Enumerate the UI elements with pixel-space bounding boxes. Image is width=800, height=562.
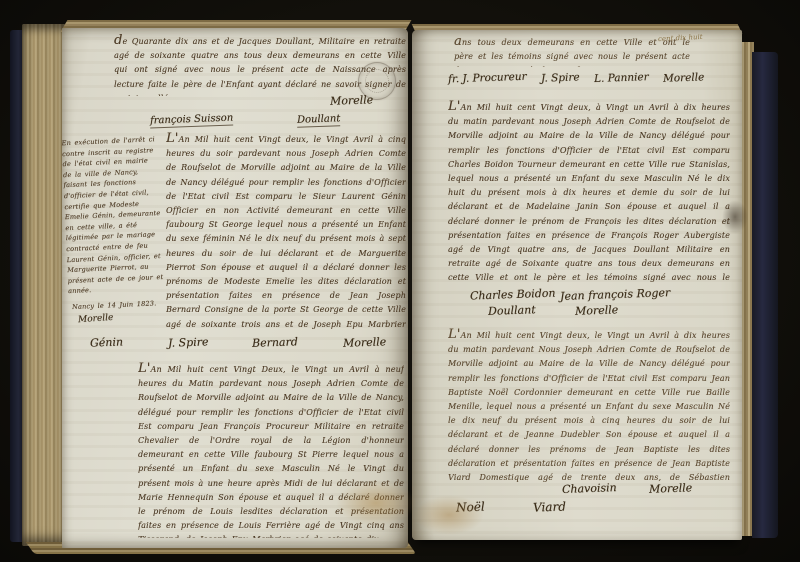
margin-legitimation-note: En exécution de l'arrêt ci contre inscri…: [61, 134, 165, 306]
signature-doullant: Doullant: [296, 113, 340, 128]
signatures-act-procureur: fr. J. Procureur J. Spire L. Pannier Mor…: [448, 72, 704, 84]
signature-morelle-3: Morelle: [575, 303, 619, 317]
birth-act-genin: L'An Mil huit cent Vingt deux, le Vingt …: [166, 132, 406, 332]
signature-bernard: Bernard: [252, 335, 298, 350]
left-page: de Quarante dix ans et de Jacques Doulla…: [62, 28, 408, 548]
signature-morelle-4: Morelle: [649, 481, 693, 495]
folio-number-note: cent dix huit: [658, 33, 703, 43]
right-continuation-paragraph: ans tous deux demeurans en cette Ville e…: [454, 35, 690, 67]
signature-francois-suisson: françois Suisson: [150, 113, 234, 129]
signature-j-spire-2: J. Spire: [541, 71, 580, 84]
birth-act-boidon: L'An Mil huit cent Vingt deux, à Vingt u…: [448, 100, 730, 286]
signature-j-spire: J. Spire: [167, 335, 208, 349]
signatures-act-boidon-row2: Doullant Morelle: [488, 304, 618, 317]
signature-morelle-2: Morelle: [663, 71, 705, 84]
signatures-act-noel-row2: Noël Viard: [456, 500, 566, 514]
margin-note-signature: Morelle: [78, 313, 114, 325]
signatures-act-genin: Génin J. Spire Bernard Morelle: [90, 336, 386, 349]
signature-chavoisin: Chavoisin: [562, 481, 617, 496]
signature-morelle-top: Morelle: [330, 93, 374, 107]
right-page: ans tous deux demeurans en cette Ville e…: [412, 30, 742, 540]
signatures-act-boidon-row1: Charles Boidon Jean françois Roger: [470, 288, 670, 301]
signature-doullant-2: Doullant: [488, 303, 536, 318]
photograph-of-register: de Quarante dix ans et de Jacques Doulla…: [0, 0, 800, 562]
signature-genin: Génin: [90, 335, 123, 349]
stacked-page-edges-left: [22, 24, 66, 546]
signatures-act-noel-row1: Chavoisin Morelle: [562, 482, 692, 495]
signature-viard: Viard: [533, 499, 566, 514]
signature-fr-j-procureur: fr. J. Procureur: [448, 71, 527, 86]
book-cover-right: [752, 52, 778, 538]
signature-jean-francois-roger: Jean françois Roger: [560, 286, 671, 303]
birth-act-procureur: L'An Mil huit cent Vingt Deux, le Vingt …: [138, 362, 404, 538]
signature-morelle: Morelle: [343, 335, 387, 349]
birth-act-noel: L'An Mil huit cent Vingt deux, le Vingt …: [448, 328, 730, 486]
signature-charles-boidon: Charles Boidon: [470, 287, 556, 303]
signature-l-pannier: L. Pannier: [594, 71, 649, 85]
margin-note-place-date: Nancy le 14 Juin 1823.: [72, 298, 162, 314]
signature-noel: Noël: [456, 500, 485, 515]
name-line-row: françois Suisson Doullant: [150, 114, 340, 127]
